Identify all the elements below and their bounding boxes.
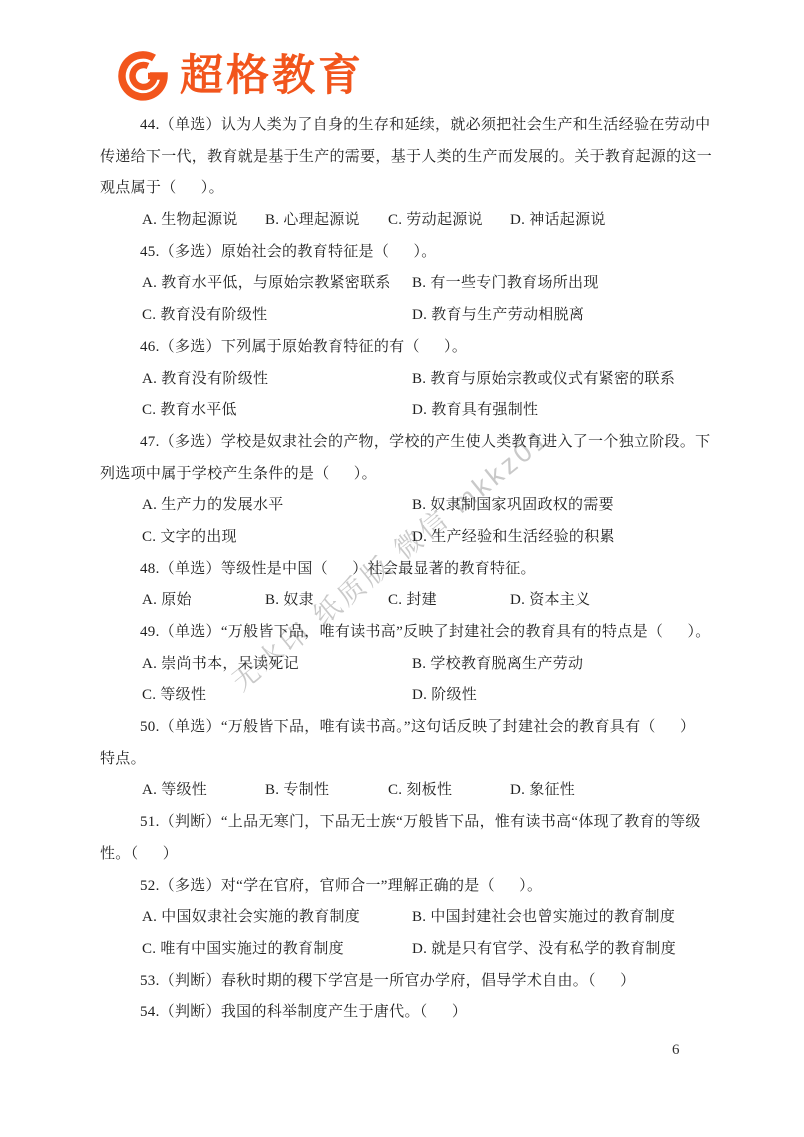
option-a: A.崇尚书本，呆读死记: [142, 649, 299, 681]
option-d: D.就是只有官学、没有私学的教育制度: [412, 934, 676, 966]
option-text: 中国奴隶社会实施的教育制度: [161, 909, 360, 925]
option-label: C.: [142, 941, 156, 957]
option-b: B.有一些专门教育场所出现: [412, 268, 599, 300]
option-d: D.教育与生产劳动相脱离: [412, 300, 584, 332]
options-row: A.教育水平低，与原始宗教紧密联系B.有一些专门教育场所出现: [100, 268, 706, 300]
options-row: A.等级性B.专制性C.刻板性D.象征性: [100, 775, 706, 807]
option-label: B.: [265, 212, 279, 228]
option-text: 象征性: [529, 782, 575, 798]
option-label: B.: [412, 909, 426, 925]
option-a: A.原始: [142, 585, 192, 617]
option-text: 奴隶: [283, 592, 314, 608]
options-row: A.教育没有阶级性B.教育与原始宗教或仪式有紧密的联系: [100, 364, 706, 396]
option-b: B.专制性: [265, 775, 329, 807]
option-a: A.中国奴隶社会实施的教育制度: [142, 902, 360, 934]
question-51-stem-line: 性。（ ）: [100, 839, 706, 871]
option-text: 等级性: [161, 782, 207, 798]
option-text: 教育没有阶级性: [161, 371, 268, 387]
brand-logo: 超格教育: [117, 50, 364, 102]
question-50: 50.（单选）“万般皆下品，唯有读书高。”这句话反映了封建社会的教育具有（ ）特…: [100, 712, 706, 807]
question-47-stem-line: 列选项中属于学校产生条件的是（ ）。: [100, 459, 706, 491]
option-label: C.: [142, 402, 156, 418]
option-label: A.: [142, 592, 157, 608]
question-50-stem-line: 50.（单选）“万般皆下品，唯有读书高。”这句话反映了封建社会的教育具有（ ）: [100, 712, 706, 744]
question-47-stem-line: 47.（多选）学校是奴隶社会的产物，学校的产生使人类教育进入了一个独立阶段。下: [100, 427, 706, 459]
options-row: C.唯有中国实施过的教育制度D.就是只有官学、没有私学的教育制度: [100, 934, 706, 966]
option-label: A.: [142, 909, 157, 925]
option-text: 劳动起源说: [406, 212, 483, 228]
option-text: 生产经验和生活经验的积累: [431, 529, 615, 545]
option-text: 就是只有官学、没有私学的教育制度: [431, 941, 676, 957]
options-row: A.中国奴隶社会实施的教育制度B.中国封建社会也曾实施过的教育制度: [100, 902, 706, 934]
option-text: 等级性: [160, 687, 206, 703]
option-text: 教育水平低: [160, 402, 237, 418]
option-text: 教育没有阶级性: [160, 307, 267, 323]
question-44-stem-line: 44.（单选）认为人类为了自身的生存和延续，就必须把社会生产和生活经验在劳动中: [100, 110, 706, 142]
option-text: 刻板性: [406, 782, 452, 798]
option-label: A.: [142, 371, 157, 387]
option-text: 教育与生产劳动相脱离: [431, 307, 584, 323]
option-label: C.: [142, 687, 156, 703]
question-54-stem-line: 54.（判断）我国的科举制度产生于唐代。（ ）: [100, 997, 706, 1029]
question-53-stem-line: 53.（判断）春秋时期的稷下学宫是一所官办学府，倡导学术自由。（ ）: [100, 966, 706, 998]
option-d: D.神话起源说: [510, 205, 606, 237]
option-text: 学校教育脱离生产劳动: [430, 656, 583, 672]
option-c: C.封建: [388, 585, 437, 617]
question-45-stem-line: 45.（多选）原始社会的教育特征是（ ）。: [100, 237, 706, 269]
exam-paper-page: 超格教育 无水印 纸质版 微信 mkkz01 44.（单选）认为人类为了自身的生…: [0, 0, 804, 1137]
option-d: D.资本主义: [510, 585, 590, 617]
option-label: B.: [265, 592, 279, 608]
option-text: 阶级性: [431, 687, 477, 703]
option-label: D.: [412, 402, 427, 418]
option-label: D.: [510, 782, 525, 798]
option-text: 神话起源说: [529, 212, 606, 228]
options-row: C.教育水平低D.教育具有强制性: [100, 395, 706, 427]
option-a: A.教育没有阶级性: [142, 364, 268, 396]
option-text: 封建: [406, 592, 437, 608]
option-b: B.中国封建社会也曾实施过的教育制度: [412, 902, 675, 934]
option-text: 唯有中国实施过的教育制度: [160, 941, 344, 957]
option-text: 文字的出现: [160, 529, 237, 545]
question-50-stem-line: 特点。: [100, 744, 706, 776]
option-label: B.: [412, 656, 426, 672]
option-text: 教育具有强制性: [431, 402, 538, 418]
option-text: 专制性: [283, 782, 329, 798]
option-label: A.: [142, 497, 157, 513]
question-49-stem-line: 49.（单选）“万般皆下品，唯有读书高”反映了封建社会的教育具有的特点是（ ）。: [100, 617, 706, 649]
option-label: D.: [510, 212, 525, 228]
option-text: 崇尚书本，呆读死记: [161, 656, 299, 672]
option-text: 原始: [161, 592, 192, 608]
option-label: B.: [412, 371, 426, 387]
option-label: A.: [142, 212, 157, 228]
option-text: 教育水平低，与原始宗教紧密联系: [161, 275, 391, 291]
page-number: 6: [672, 1042, 680, 1059]
option-label: D.: [412, 529, 427, 545]
options-row: C.等级性D.阶级性: [100, 680, 706, 712]
question-52-stem-line: 52.（多选）对“学在官府，官师合一”理解正确的是（ ）。: [100, 871, 706, 903]
option-c: C.教育没有阶级性: [142, 300, 267, 332]
option-b: B.奴隶: [265, 585, 314, 617]
question-48: 48.（单选）等级性是中国（ ）社会最显著的教育特征。A.原始B.奴隶C.封建D…: [100, 554, 706, 617]
option-c: C.刻板性: [388, 775, 452, 807]
option-label: B.: [265, 782, 279, 798]
options-row: C.文字的出现D.生产经验和生活经验的积累: [100, 522, 706, 554]
option-label: C.: [142, 307, 156, 323]
option-label: D.: [412, 687, 427, 703]
option-d: D.象征性: [510, 775, 575, 807]
option-text: 生产力的发展水平: [161, 497, 283, 513]
options-row: A.原始B.奴隶C.封建D.资本主义: [100, 585, 706, 617]
option-c: C.劳动起源说: [388, 205, 483, 237]
option-label: B.: [412, 497, 426, 513]
options-row: A.崇尚书本，呆读死记B.学校教育脱离生产劳动: [100, 649, 706, 681]
option-label: A.: [142, 656, 157, 672]
option-text: 生物起源说: [161, 212, 238, 228]
option-a: A.生产力的发展水平: [142, 490, 284, 522]
option-b: B.心理起源说: [265, 205, 360, 237]
option-text: 有一些专门教育场所出现: [430, 275, 598, 291]
brand-name: 超格教育: [180, 50, 364, 102]
option-b: B.学校教育脱离生产劳动: [412, 649, 583, 681]
question-45: 45.（多选）原始社会的教育特征是（ ）。A.教育水平低，与原始宗教紧密联系B.…: [100, 237, 706, 332]
option-c: C.教育水平低: [142, 395, 237, 427]
question-52: 52.（多选）对“学在官府，官师合一”理解正确的是（ ）。A.中国奴隶社会实施的…: [100, 871, 706, 966]
options-row: A.生物起源说B.心理起源说C.劳动起源说D.神话起源说: [100, 205, 706, 237]
option-c: C.唯有中国实施过的教育制度: [142, 934, 344, 966]
question-53: 53.（判断）春秋时期的稷下学宫是一所官办学府，倡导学术自由。（ ）: [100, 966, 706, 998]
option-text: 中国封建社会也曾实施过的教育制度: [430, 909, 675, 925]
option-text: 教育与原始宗教或仪式有紧密的联系: [430, 371, 675, 387]
option-d: D.阶级性: [412, 680, 477, 712]
document-content: 44.（单选）认为人类为了自身的生存和延续，就必须把社会生产和生活经验在劳动中传…: [100, 110, 706, 1029]
option-label: A.: [142, 275, 157, 291]
question-46: 46.（多选）下列属于原始教育特征的有（ ）。A.教育没有阶级性B.教育与原始宗…: [100, 332, 706, 427]
question-46-stem-line: 46.（多选）下列属于原始教育特征的有（ ）。: [100, 332, 706, 364]
question-44-stem-line: 传递给下一代，教育就是基于生产的需要，基于人类的生产而发展的。关于教育起源的这一: [100, 142, 706, 174]
option-d: D.教育具有强制性: [412, 395, 538, 427]
option-label: C.: [388, 782, 402, 798]
option-label: B.: [412, 275, 426, 291]
option-label: D.: [412, 307, 427, 323]
option-label: D.: [412, 941, 427, 957]
option-label: A.: [142, 782, 157, 798]
option-a: A.教育水平低，与原始宗教紧密联系: [142, 268, 391, 300]
option-b: B.教育与原始宗教或仪式有紧密的联系: [412, 364, 675, 396]
option-b: B.奴隶制国家巩固政权的需要: [412, 490, 614, 522]
option-c: C.等级性: [142, 680, 206, 712]
chaoge-g-icon: [117, 50, 169, 102]
option-text: 资本主义: [529, 592, 590, 608]
option-label: D.: [510, 592, 525, 608]
question-49: 49.（单选）“万般皆下品，唯有读书高”反映了封建社会的教育具有的特点是（ ）。…: [100, 617, 706, 712]
option-label: C.: [388, 592, 402, 608]
option-c: C.文字的出现: [142, 522, 237, 554]
options-row: C.教育没有阶级性D.教育与生产劳动相脱离: [100, 300, 706, 332]
option-label: C.: [388, 212, 402, 228]
question-51-stem-line: 51.（判断）“上品无寒门，下品无士族“万般皆下品，惟有读书高“体现了教育的等级: [100, 807, 706, 839]
question-47: 47.（多选）学校是奴隶社会的产物，学校的产生使人类教育进入了一个独立阶段。下列…: [100, 427, 706, 554]
option-label: C.: [142, 529, 156, 545]
question-48-stem-line: 48.（单选）等级性是中国（ ）社会最显著的教育特征。: [100, 554, 706, 586]
option-d: D.生产经验和生活经验的积累: [412, 522, 615, 554]
question-54: 54.（判断）我国的科举制度产生于唐代。（ ）: [100, 997, 706, 1029]
option-a: A.生物起源说: [142, 205, 238, 237]
option-text: 心理起源说: [283, 212, 360, 228]
question-51: 51.（判断）“上品无寒门，下品无士族“万般皆下品，惟有读书高“体现了教育的等级…: [100, 807, 706, 870]
option-text: 奴隶制国家巩固政权的需要: [430, 497, 614, 513]
options-row: A.生产力的发展水平B.奴隶制国家巩固政权的需要: [100, 490, 706, 522]
option-a: A.等级性: [142, 775, 207, 807]
question-44-stem-line: 观点属于（ ）。: [100, 173, 706, 205]
question-44: 44.（单选）认为人类为了自身的生存和延续，就必须把社会生产和生活经验在劳动中传…: [100, 110, 706, 237]
